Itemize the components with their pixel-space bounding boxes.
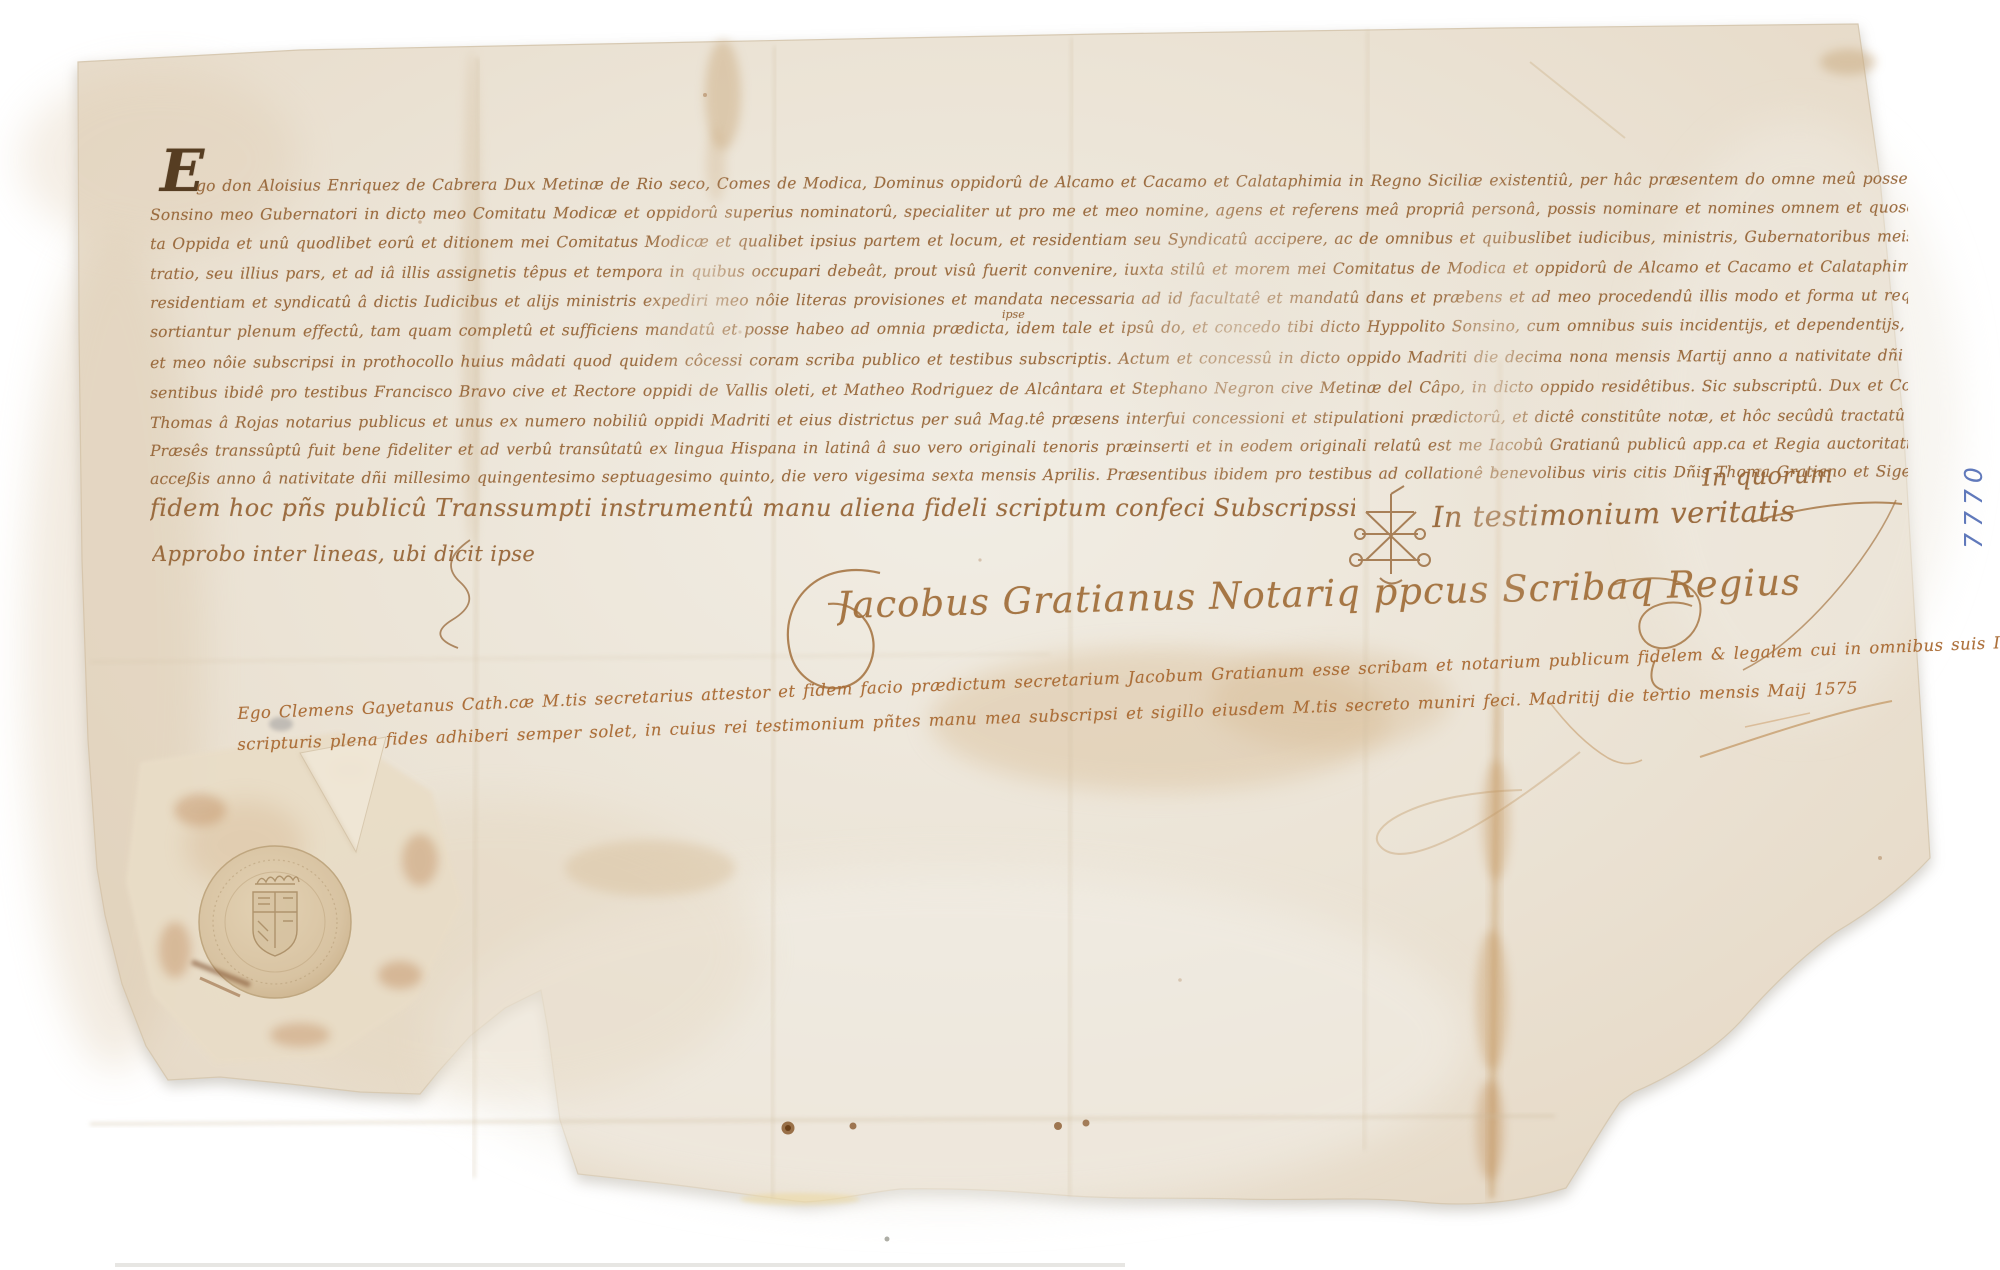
- approbation-note: Approbo inter lineas, ubi dicit ipse: [152, 542, 535, 566]
- photo-of-parchment: E go don Aloisius Enriquez de Cabrera Du…: [0, 0, 2000, 1270]
- archive-number: 7770: [1959, 415, 1995, 595]
- testimonium-phrase: In testimonium veritatis: [1432, 494, 1796, 534]
- interlinear-addition: ipse: [1002, 308, 1025, 321]
- table-edge-shadow: [115, 1263, 1125, 1267]
- in-quorum-phrase: In quorum: [1702, 460, 1834, 491]
- notary-closing-line: fidem hoc pñs publicû Transsumpti instru…: [150, 494, 1355, 522]
